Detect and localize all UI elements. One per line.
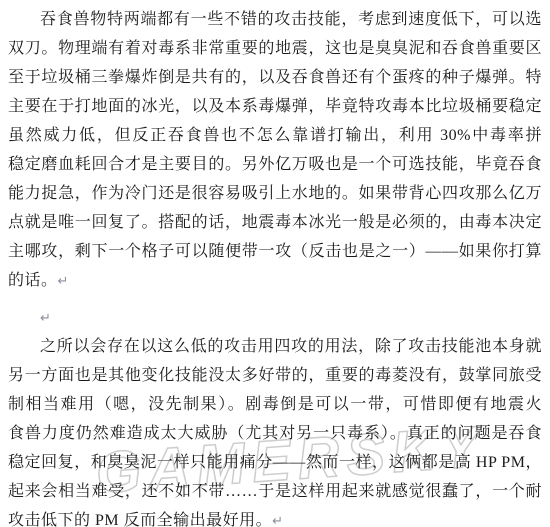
text-line: 至于垃圾桶三拳爆炸倒是共有的，以及吞食兽还有个蛋疼的种子爆弹。特攻端则 [8, 63, 542, 92]
text-line: 稳定磨血耗回合才是主要目的。另外亿万吸也是一个可选技能，毕竟吞食兽回复 [8, 150, 542, 179]
text-line: 另一方面也是其他变化技能没太多好带的，重要的毒菱没有，鼓掌同旅受低速限 [8, 361, 542, 390]
text-line: 食兽力度仍然难造成太大威胁（尤其对另一只毒系）。真正的问题是吞食兽没有 [8, 419, 542, 448]
text-line: 能力捉急，作为冷门还是很容易吸引上水地的。如果带背心四攻那么亿万吸那点 [8, 179, 542, 208]
paragraph-mark-icon: ↵ [58, 274, 69, 289]
text-line: 虽然威力低，但反正吞食兽也不怎么靠谱打输出，利用 30%中毒率拼 HAX 以及 [8, 121, 542, 150]
text-line: 起来会相当难受，还不如不带……于是这样用起来就感觉很蠢了，一个耐久不错 [8, 477, 542, 506]
paragraph1-last-line: 的话。 [8, 272, 58, 289]
text-line: 之所以会存在以这么低的攻击用四攻的用法，除了攻击技能池本身就丰富外， [8, 332, 542, 361]
text-line: 双刀。物理端有着对毒系非常重要的地震，这也是臭臭泥和吞食兽重要区别之一， [8, 34, 542, 63]
article-text: 吞食兽物特两端都有一些不错的攻击技能，考虑到速度低下，可以选择减速 双刀。物理端… [0, 0, 550, 527]
text-line: 攻击低下的 PM 反而全输出最好用。↵ [8, 506, 542, 527]
text-line: 主要在于打地面的冰光，以及本系毒爆弹，毕竟特攻毒本比垃圾桶要稳定不少， [8, 92, 542, 121]
text-line: 点就是唯一回复了。搭配的话，地震毒本冰光一般是必须的，由毒本决定吞食兽 [8, 208, 542, 237]
text-line: 稳定回复，和臭臭泥一样只能用痛分——然而一样，这俩都是高 HP PM，痛分用 [8, 448, 542, 477]
text-line: 吞食兽物特两端都有一些不错的攻击技能，考虑到速度低下，可以选择减速 [8, 5, 542, 34]
text-line: 制相当难用（嗯，没先制果）。剧毒倒是可以一带，可惜即便有地震火拳，以吞 [8, 390, 542, 419]
paragraph-mark-icon: ↵ [40, 311, 51, 326]
paragraph2-last-line: 攻击低下的 PM 反而全输出最好用。 [8, 512, 272, 527]
paragraph-mark-icon: ↵ [272, 514, 283, 527]
text-line: 的话。↵ [8, 266, 542, 295]
document-page: GAMERSKY 吞食兽物特两端都有一些不错的攻击技能，考虑到速度低下，可以选择… [0, 0, 550, 527]
text-line: 主哪攻，剩下一个格子可以随便带一攻（反击也是之一）——如果你打算用背心 [8, 237, 542, 266]
empty-line: ↵ [8, 303, 542, 332]
